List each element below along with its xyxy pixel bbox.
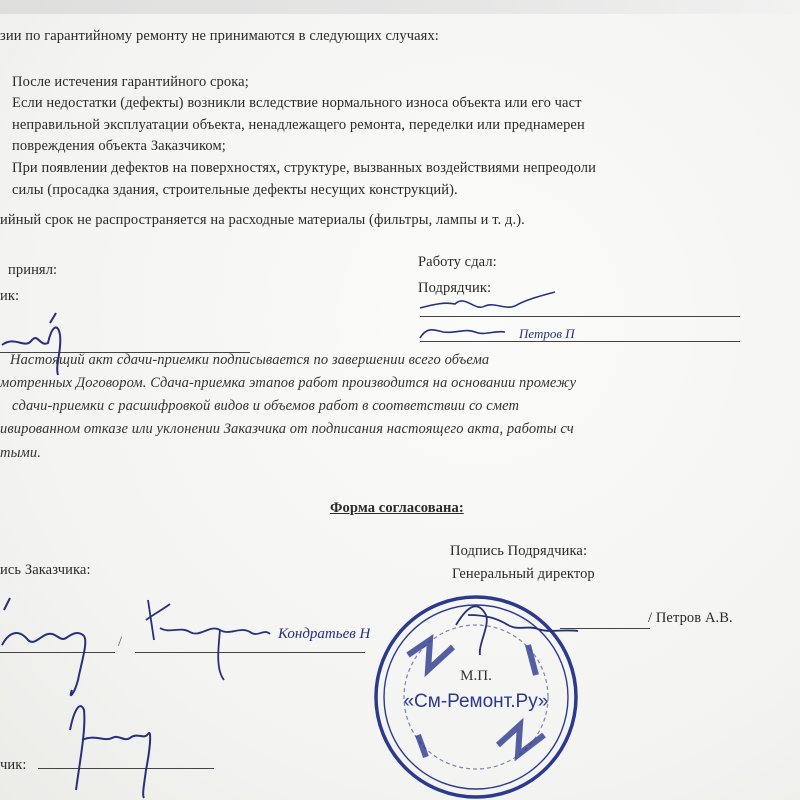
act-paragraph-line-3: сдачи-приемки с расшифровкой видов и объ… [12,398,519,415]
director-name: / Петров А.В. [648,610,733,627]
customer-signature-3: Кондратьев Н.А. [140,590,370,690]
warranty-item-1: После истечения гарантийного срока; [12,74,249,91]
warranty-item-3-cont: силы (просадка здания, строительные дефе… [12,182,458,199]
contractor-signature-1: Петров П.В. [415,286,575,346]
general-director-label: Генеральный директор [452,566,595,583]
customer-signature-4 [60,690,180,800]
company-stamp: М.П. «См-Ремонт.Ру» [368,585,588,800]
warranty-heading: зии по гарантийному ремонту не принимают… [0,28,439,45]
act-paragraph-line-2: мотренных Договором. Сдача-приемка этапо… [0,375,576,392]
delivered-label: Работу сдал: [418,254,497,271]
stamp-mp-text: М.П. [460,668,492,684]
warranty-item-3: При появлении дефектов на поверхностях, … [12,160,596,177]
customer-short-label: ик: [0,288,19,305]
consumables-note: ийный срок не распространяется на расход… [0,212,525,229]
act-paragraph-line-4: ивированном отказе или уклонении Заказчи… [0,421,574,438]
act-paragraph-line-1: Настоящий акт сдачи-приемки подписываетс… [10,352,800,369]
customer-bottom-label: чик: [0,757,27,774]
accepted-label: принял: [8,262,57,279]
warranty-item-2-cont: неправильной эксплуатации объекта, ненад… [12,117,585,134]
act-paragraph-text-1: Настоящий акт сдачи-приемки подписываетс… [10,352,489,369]
contractor-signature-label: Подпись Подрядчика: [450,543,587,560]
customer-signature-label: ись Заказчика: [0,562,91,579]
act-paragraph-line-5: тыми. [0,445,41,462]
contractor-handwritten-name: Петров П.В. [518,326,575,341]
warranty-item-2-end: повреждения объекта Заказчиком; [12,138,226,155]
form-agreed-heading: Форма согласована: [330,500,464,517]
cut-off-top-line [0,0,800,14]
customer-handwritten-name: Кондратьев Н.А. [277,626,370,642]
stamp-company-name: «См-Ремонт.Ру» [403,691,548,712]
warranty-item-2: Если недостатки (дефекты) возникли вслед… [12,95,800,112]
